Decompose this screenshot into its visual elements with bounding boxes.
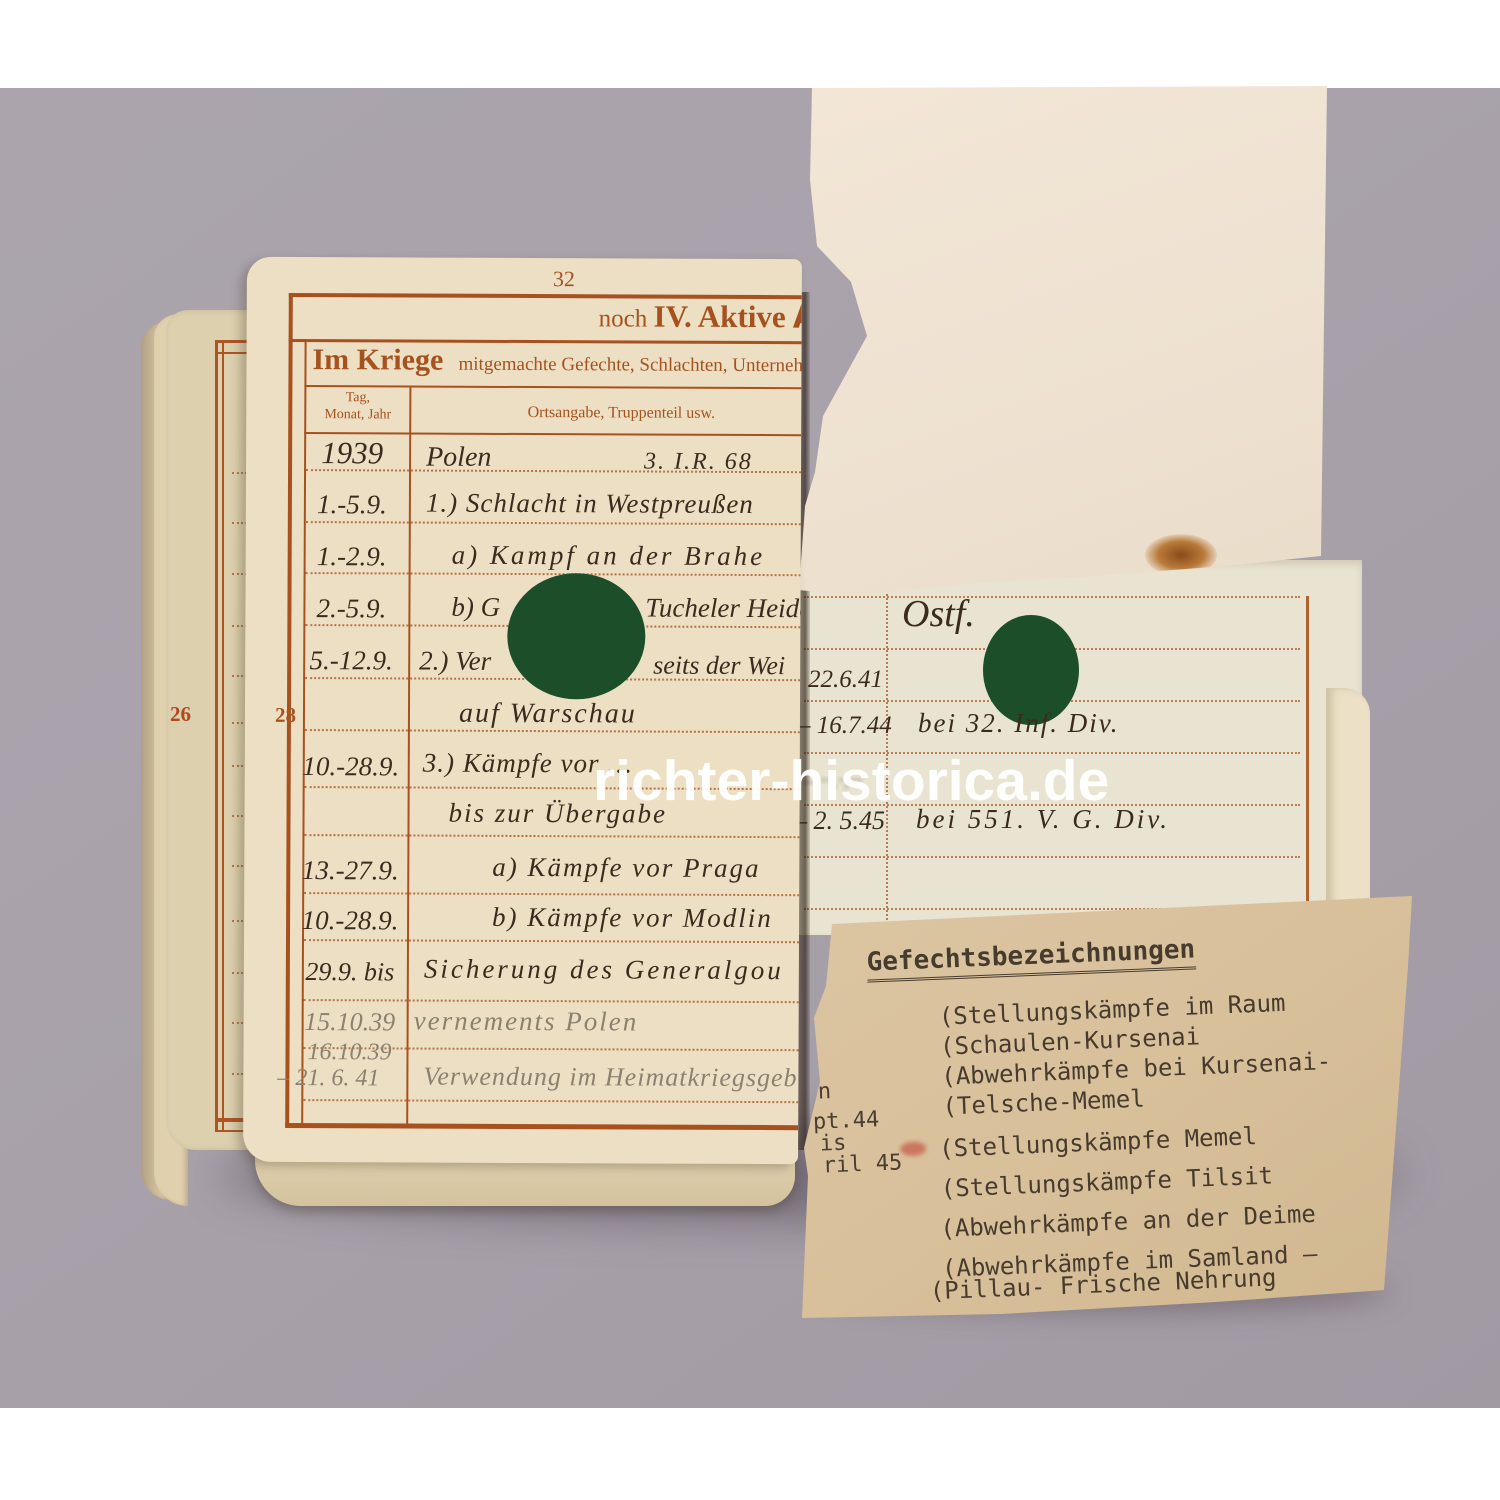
date-entry: 22.6.41	[808, 666, 883, 694]
col2-header: Ortsangabe, Truppenteil usw.	[446, 404, 796, 424]
page-number-26: 26	[170, 702, 191, 727]
slip-title: Gefechtsbezeichnungen	[866, 934, 1196, 982]
page-number-32: 32	[553, 266, 575, 292]
slip-entry: (Stellungskämpfe im Raum	[938, 989, 1286, 1031]
date-entry: 1.-5.9.	[298, 489, 406, 520]
date-entry: 5.-12.9.	[297, 645, 405, 676]
printed-border	[285, 1123, 798, 1130]
printed-border	[1306, 596, 1309, 928]
dotted-rule	[304, 892, 799, 896]
entry-text-after-dot: Tucheler Heide	[645, 593, 802, 625]
slip-entry: (Stellungskämpfe Memel	[939, 1122, 1258, 1163]
date-entry-pencil: 16.10.39	[295, 1039, 403, 1066]
censor-dot	[507, 573, 646, 700]
date-entry: 2.-5.9.	[297, 593, 405, 624]
dotted-rule	[304, 999, 799, 1003]
printed-rule	[222, 342, 224, 1132]
date-entry: – 16.7.44	[798, 712, 892, 740]
col1-header-line2: Monat, Jahr	[306, 407, 409, 423]
date-entry-pencil: – 21. 6. 41	[277, 1065, 407, 1093]
entry-text: 2.) Ver	[419, 646, 491, 677]
printed-rule	[215, 342, 218, 1132]
handwriting-ostfeldzug: Ostf.	[902, 592, 975, 636]
dotted-rule	[303, 1099, 798, 1103]
entry-text-after-dot: seits der Wei	[653, 651, 785, 682]
section-header-prefix: noch	[599, 305, 648, 332]
slip-entry: (Stellungskämpfe Tilsit	[940, 1161, 1273, 1202]
date-entry: 29.9. bis	[296, 957, 404, 987]
dotted-rule	[304, 834, 799, 838]
main-page-32: 32 noch IV. Aktive 𝐀 Im Kriege mitgemach…	[243, 257, 802, 1164]
date-entry: 1.-2.9.	[298, 541, 406, 572]
right-page-edge	[1326, 688, 1370, 935]
entry-text: Sicherung des Generalgou	[424, 954, 784, 987]
printed-rule	[304, 385, 801, 389]
dotted-rule	[304, 939, 799, 943]
dotted-rule	[804, 856, 1300, 858]
entry-text-pencil: vernements Polen	[414, 1006, 639, 1038]
unit-entry: bei 32. Inf. Div.	[918, 708, 1119, 739]
date-entry: 10.-28.9.	[297, 751, 405, 782]
col1-header-line1: Tag,	[306, 390, 409, 406]
slip-entry: (Abwehrkämpfe an der Deime	[940, 1200, 1317, 1243]
entry-place: Polen	[426, 442, 491, 474]
entry-text-pencil: Verwendung im Heimatkriegsgebiet	[423, 1062, 802, 1094]
entry-text: b) G	[451, 592, 500, 623]
entry-text: 1.) Schlacht in Westpreußen	[426, 488, 754, 520]
photo-of-wehrpass: 26 ∂ ∂ Ostf. 22.6.41 – 16.7.44 bei 32. I…	[0, 0, 1500, 1500]
torn-blank-sheet	[795, 86, 1330, 602]
dotted-rule	[804, 596, 1300, 598]
entry-text: auf Warschau	[459, 698, 637, 731]
entry-text: a) Kampf an der Brahe	[452, 540, 766, 572]
red-pencil-smudge	[900, 1141, 927, 1156]
date-entry: 1939	[298, 435, 406, 471]
slip-entry: (Telsche-Memel	[942, 1085, 1145, 1121]
table-title-rest: mitgemachte Gefechte, Schlachten, Untern…	[458, 354, 801, 377]
entry-text: b) Kämpfe vor Modlin	[492, 902, 773, 934]
date-entry: 13.-27.9.	[296, 855, 404, 886]
table-title-bold: Im Kriege	[312, 343, 443, 378]
section-header: noch IV. Aktive 𝐀	[599, 298, 802, 336]
page-number-28: 28	[275, 703, 296, 728]
typed-slip: Gefechtsbezeichnungen (Stellungskämpfe i…	[796, 866, 1416, 1326]
section-header-main: IV. Aktive	[654, 299, 786, 335]
slip-margin-fragment: ril 45	[822, 1150, 902, 1178]
dotted-rule	[306, 521, 801, 525]
column-divider	[406, 386, 411, 1128]
date-entry: 10.-28.9.	[296, 905, 404, 936]
watermark-text: richter-historica.de	[593, 748, 1109, 814]
entry-text: a) Kämpfe vor Praga	[492, 852, 760, 884]
date-entry-pencil: 15.10.39	[296, 1007, 404, 1037]
entry-unit: 3. I.R. 68	[644, 449, 753, 476]
